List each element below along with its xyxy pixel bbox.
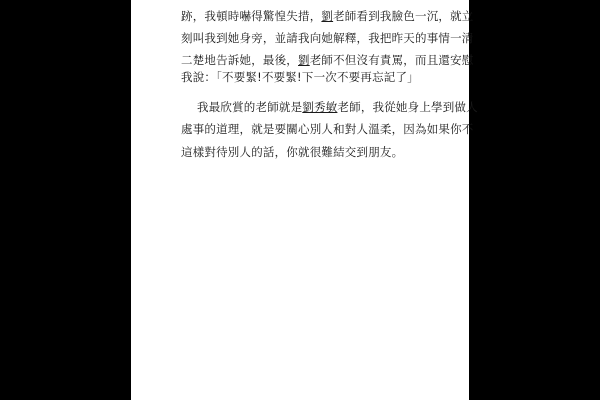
underlined-name: 劉 — [321, 9, 333, 23]
underlined-name: 劉秀敏 — [302, 100, 337, 114]
text: 處事的道理，就是要關心別人和對人溫柔，因為如果你不 — [181, 122, 474, 136]
text-line: 我最欣賞的老師就是劉秀敏老師，我從她身上學到做人 — [197, 100, 478, 114]
text: 老師不但沒有責罵，而且還安慰 — [310, 53, 474, 67]
text: 我說：「不要緊!不要緊!下一次不要再忘記了」 — [181, 70, 419, 84]
text-line: 跡，我頓時嚇得驚惶失措，劉老師看到我臉色一沉，就立 — [181, 9, 474, 23]
text-line: 處事的道理，就是要關心別人和對人溫柔，因為如果你不 — [181, 122, 474, 136]
document-page: 跡，我頓時嚇得驚惶失措，劉老師看到我臉色一沉，就立 刻叫我到她身旁，並請我向她解… — [131, 0, 469, 400]
text: 二楚地告訴她，最後， — [181, 53, 298, 67]
text: 刻叫我到她身旁，並請我向她解釋，我把昨天的事情一清 — [181, 31, 474, 45]
text: 這樣對待別人的話，你就很難結交到朋友。 — [181, 145, 403, 159]
text: 老師看到我臉色一沉，就立 — [333, 9, 473, 23]
text-line: 二楚地告訴她，最後，劉老師不但沒有責罵，而且還安慰 — [181, 53, 474, 67]
text: 跡，我頓時嚇得驚惶失措， — [181, 9, 321, 23]
text: 老師，我從她身上學到做人 — [337, 100, 477, 114]
text: 我最欣賞的老師就是 — [197, 100, 302, 114]
text-line: 這樣對待別人的話，你就很難結交到朋友。 — [181, 145, 403, 159]
underlined-name: 劉 — [298, 53, 310, 67]
text-line: 我說：「不要緊!不要緊!下一次不要再忘記了」 — [181, 70, 419, 84]
text-line: 刻叫我到她身旁，並請我向她解釋，我把昨天的事情一清 — [181, 31, 474, 45]
